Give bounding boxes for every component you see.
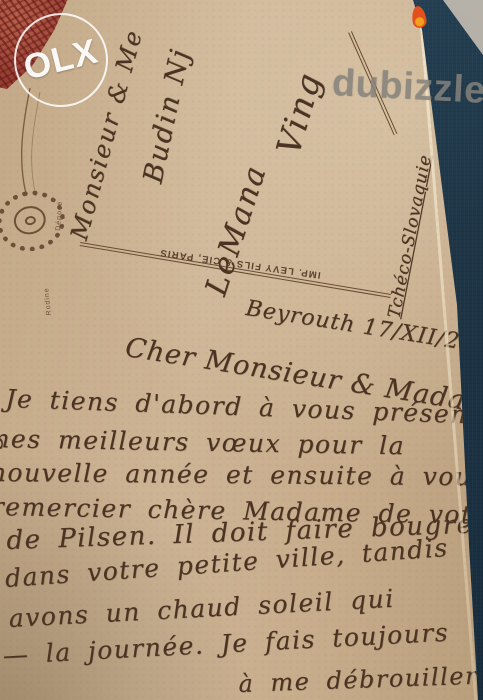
- postcard-photo: Déposé Rodine IMP. LEVY FILS & CIE, PARI…: [0, 0, 483, 700]
- artist-mark-print: Rodine: [43, 287, 53, 316]
- olx-logo: OLX: [20, 32, 102, 89]
- address-line-name: Budin Nj: [138, 45, 197, 186]
- message-line: mes meilleurs vœux pour la: [0, 424, 405, 460]
- dubizzle-watermark: dubizzle: [331, 62, 483, 113]
- message-line: à me débrouiller: [238, 662, 478, 698]
- flame-icon: [411, 5, 428, 29]
- address-line-fragment: Ving: [269, 67, 330, 159]
- address-line-country: Tchéco-Slovaquie: [384, 153, 435, 320]
- address-line-town: LeMana: [199, 160, 274, 300]
- postcard-edge-highlight: [420, 26, 477, 700]
- message-line: nouvelle année et ensuite à vous: [0, 458, 483, 491]
